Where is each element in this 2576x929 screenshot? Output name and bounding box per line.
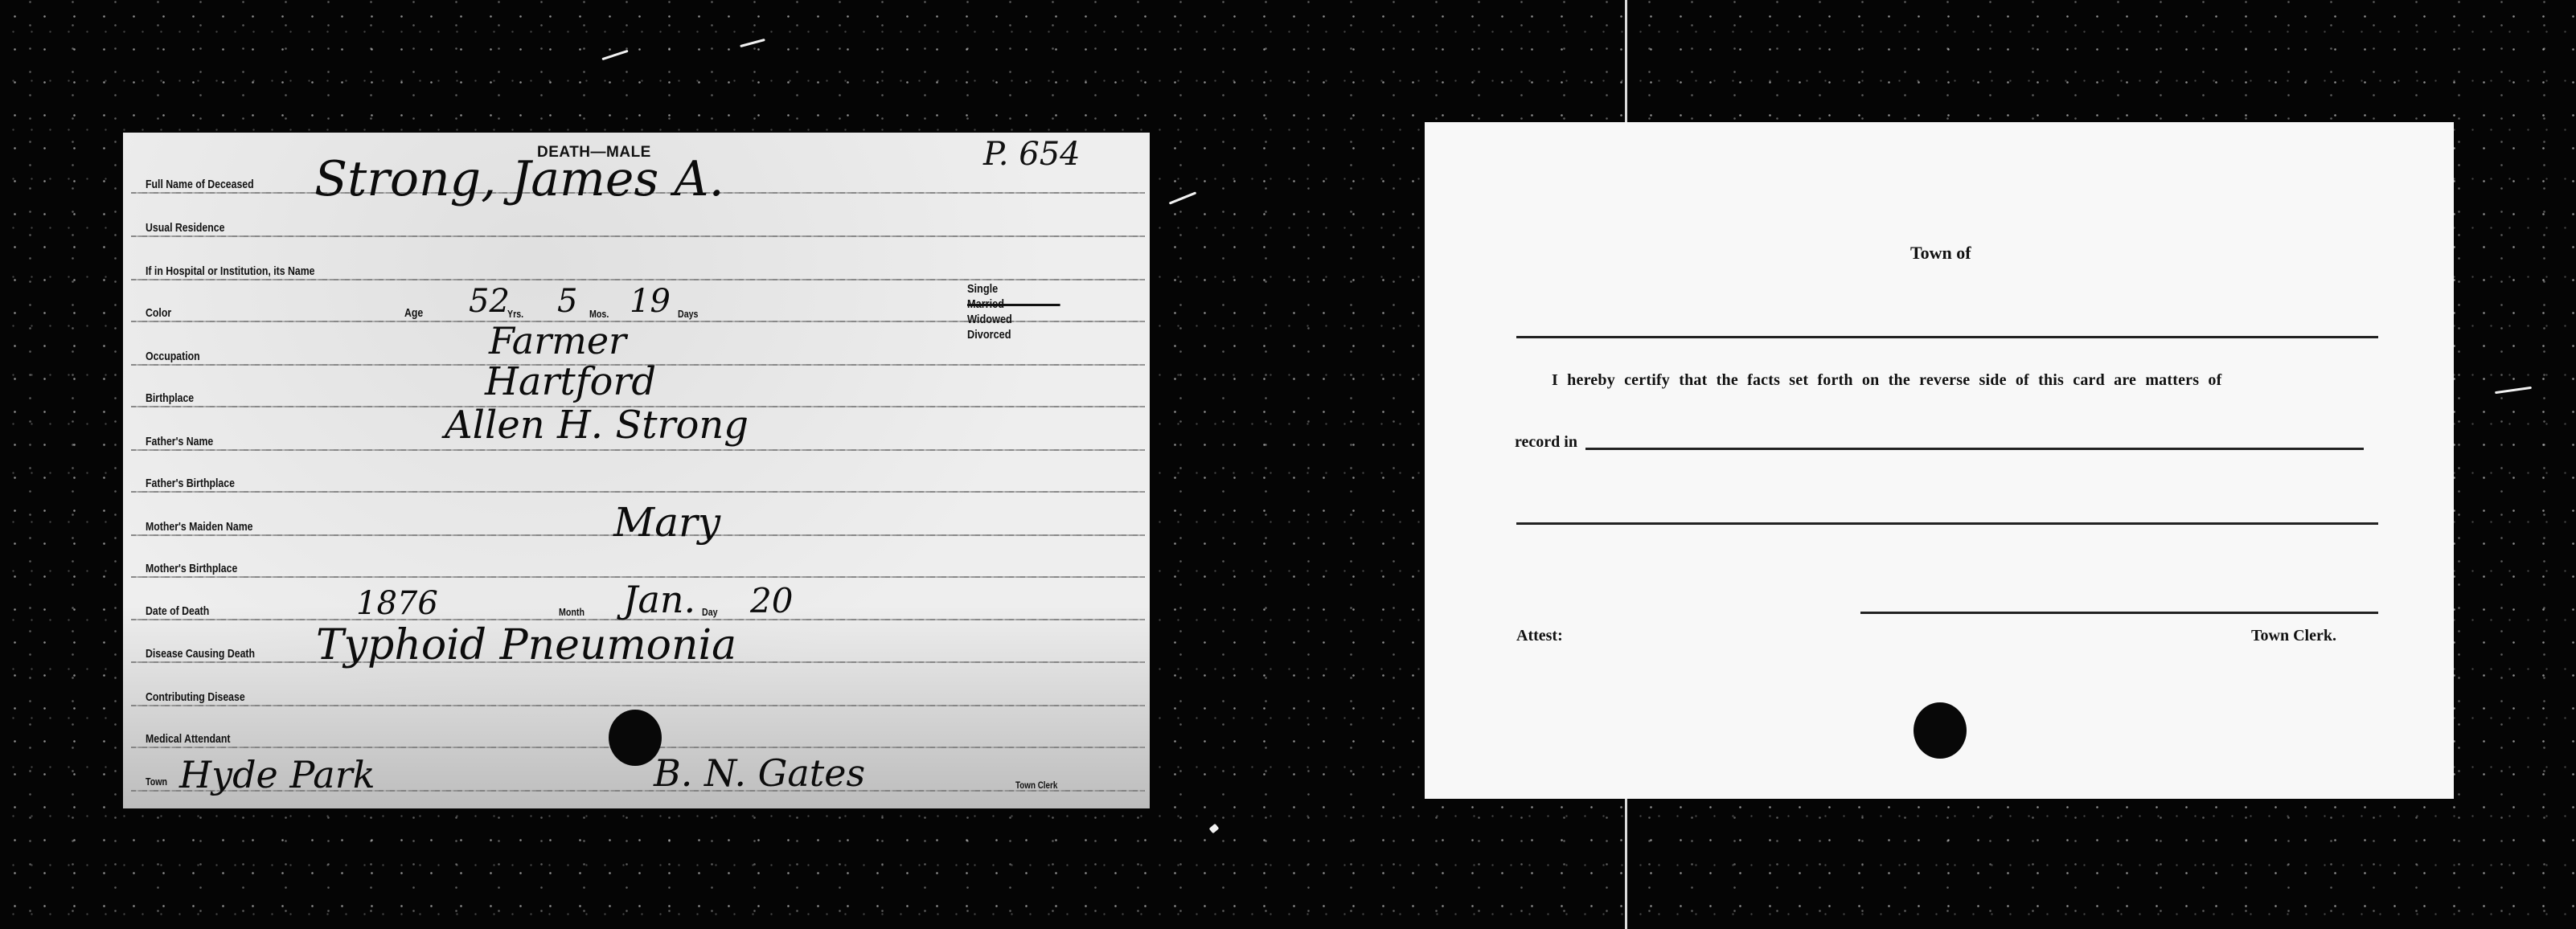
label-birthplace: Birthplace <box>146 391 194 405</box>
value-fathers-name: Allen H. Strong <box>445 406 749 444</box>
death-record-back-card: Town of I hereby certify that the facts … <box>1425 122 2454 799</box>
label-full-name: Full Name of Deceased <box>146 178 254 191</box>
label-month: Month <box>559 606 585 618</box>
attest-label: Attest: <box>1516 627 1563 645</box>
label-age: Age <box>404 306 423 320</box>
value-clerk-signature: B. N. Gates <box>654 755 865 792</box>
value-death-year: 1876 <box>356 587 438 620</box>
label-fathers-name: Father's Name <box>146 435 213 448</box>
town-clerk-label: Town Clerk. <box>2251 627 2336 645</box>
label-medical-attendant: Medical Attendant <box>146 732 230 746</box>
marital-option-married: Married <box>967 297 1012 312</box>
label-contributing-disease: Contributing Disease <box>146 690 245 704</box>
label-date-of-death: Date of Death <box>146 604 209 618</box>
town-name-line <box>1516 336 2378 338</box>
value-disease: Typhoid Pneumonia <box>316 624 736 666</box>
marital-option-single: Single <box>967 281 1012 297</box>
label-occupation: Occupation <box>146 350 200 363</box>
record-in-line <box>1585 448 2364 450</box>
label-hospital: If in Hospital or Institution, its Name <box>146 264 314 278</box>
town-of-label: Town of <box>1910 243 1971 264</box>
value-age-months: 5 <box>557 285 577 317</box>
value-death-month: Jan. <box>623 581 695 618</box>
value-full-name: Strong, James A. <box>314 155 724 203</box>
value-occupation: Farmer <box>489 322 626 359</box>
page-reference: P. 654 <box>983 136 1081 173</box>
value-death-day: 20 <box>750 584 793 618</box>
value-age-days: 19 <box>630 285 671 317</box>
label-town-clerk: Town Clerk <box>1015 780 1057 791</box>
death-record-front-card: DEATH—MALE P. 654 Full Name of Deceased … <box>123 133 1150 808</box>
value-birthplace: Hartford <box>485 362 656 401</box>
label-usual-residence: Usual Residence <box>146 221 224 235</box>
marital-option-widowed: Widowed <box>967 312 1012 327</box>
label-day: Day <box>702 606 718 618</box>
label-years: Yrs. <box>507 308 523 320</box>
marital-option-divorced: Divorced <box>967 327 1012 342</box>
record-in-label: record in <box>1515 433 1577 452</box>
certification-text: I hereby certify that the facts set fort… <box>1552 371 2222 390</box>
label-months: Mos. <box>589 308 609 320</box>
label-disease: Disease Causing Death <box>146 647 255 661</box>
label-mothers-maiden-name: Mother's Maiden Name <box>146 520 252 534</box>
record-continuation-line <box>1516 522 2378 525</box>
punch-hole <box>1914 702 1967 759</box>
value-age-years: 52 <box>469 285 510 317</box>
punch-hole <box>609 710 662 766</box>
marital-status-options: Single Married Widowed Divorced <box>967 281 1012 342</box>
label-mothers-birthplace: Mother's Birthplace <box>146 562 237 575</box>
label-fathers-birthplace: Father's Birthplace <box>146 477 235 490</box>
value-town: Hyde Park <box>179 756 375 793</box>
value-mothers-maiden-name: Mary <box>613 502 720 542</box>
label-town: Town <box>146 776 167 788</box>
label-days: Days <box>678 308 698 320</box>
label-color: Color <box>146 306 171 320</box>
clerk-signature-line <box>1860 612 2378 614</box>
